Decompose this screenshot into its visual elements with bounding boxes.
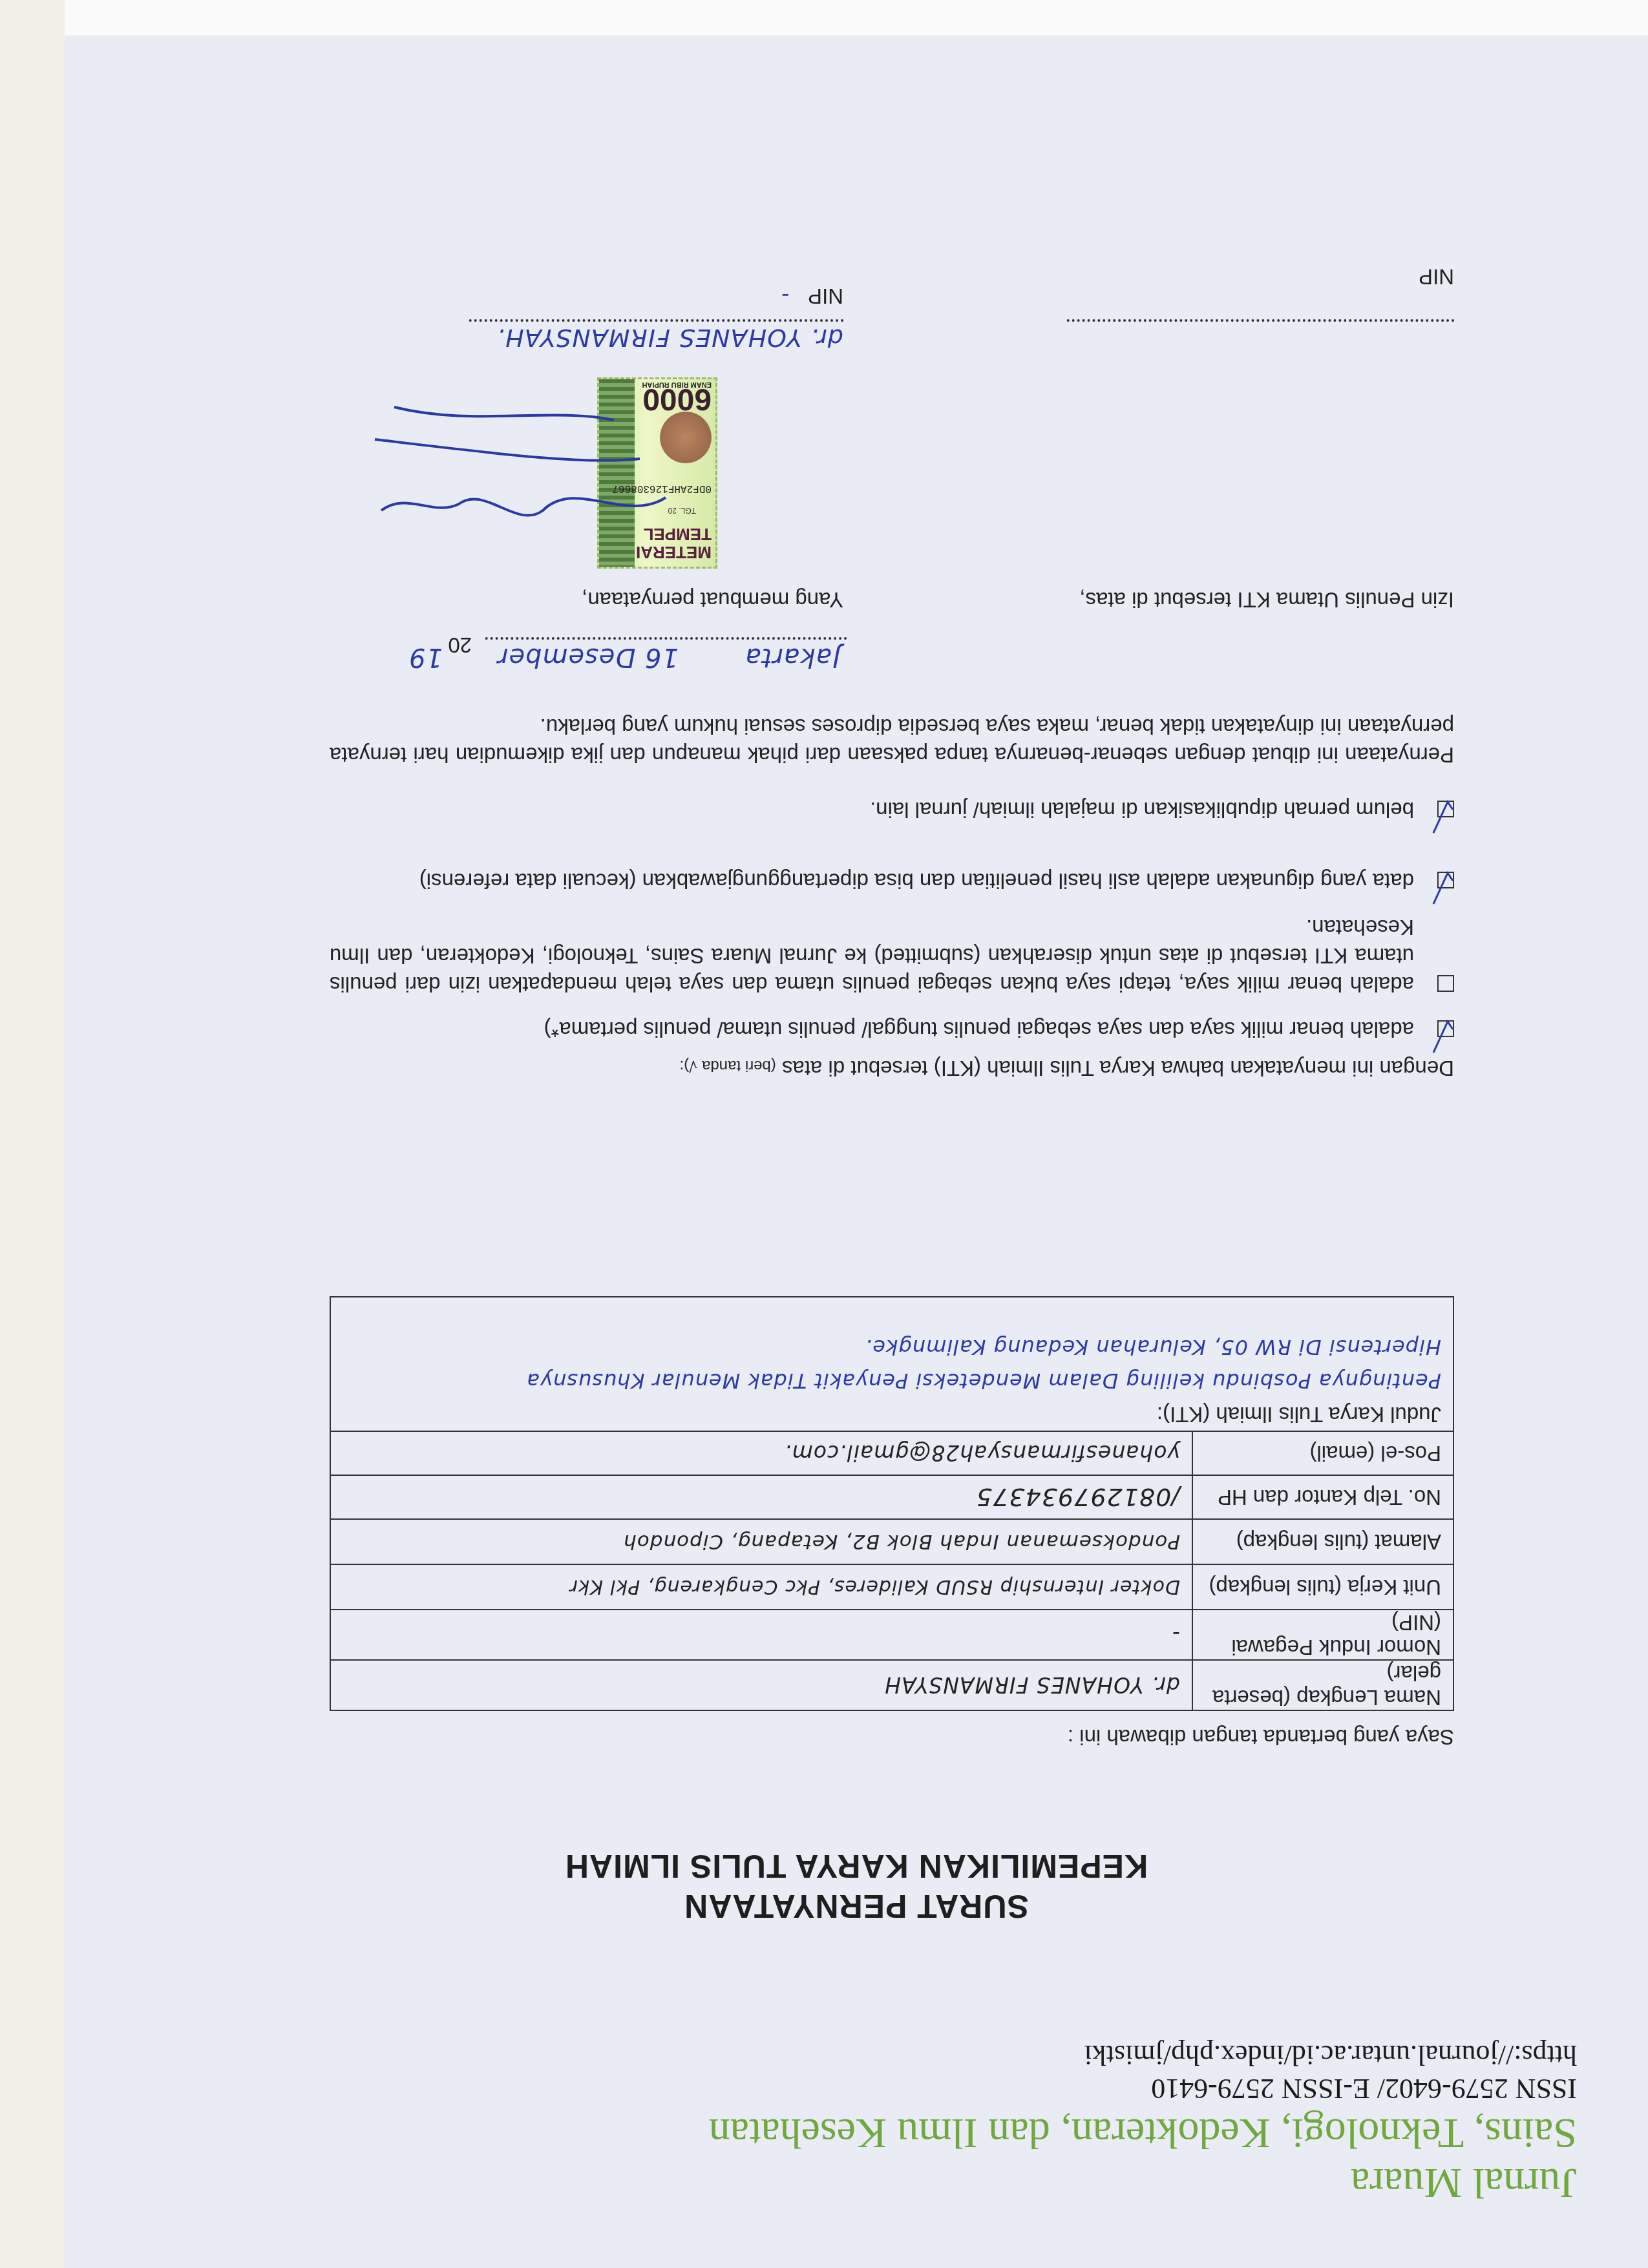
form-row-address: Alamat (tulis lengkap) Pondoksemanan Ind…: [330, 1519, 1453, 1564]
sign-place[interactable]: Jakarta: [745, 642, 840, 672]
main-author-nip-label: NIP: [1419, 262, 1454, 291]
form-label: Unit Kerja (tulis lengkap): [1192, 1564, 1453, 1610]
signer-dotted-line: [469, 319, 843, 322]
signer-nip-value[interactable]: -: [781, 283, 789, 309]
declaration-text-2: adalah benar milik saya, tetapi saya buk…: [330, 913, 1414, 998]
kti-title-value-line1: Pentingnya Posbindu keliling Dalam Mende…: [343, 1369, 1441, 1393]
statement-maker-label: Yang membuat pernyataan,: [582, 585, 843, 614]
form-row-email: Pos-el (email) yohanesfirmansyah28@gmail…: [330, 1431, 1453, 1475]
sign-date[interactable]: 16 Desember: [497, 642, 679, 672]
form-row-kti-title: Judul Karya Tulis Ilmiah (KTI): Pentingn…: [330, 1297, 1453, 1431]
stamp-label-line1: METERAI: [636, 543, 712, 562]
checkbox-item-3[interactable]: [1437, 872, 1454, 888]
signer-name: dr. YOHANES FIRMANSYAH.: [496, 324, 843, 352]
form-label: Nama Lengkap (beserta gelar): [1192, 1660, 1453, 1710]
checkmark-icon: [1430, 868, 1455, 907]
form-label: Nomor Induk Pegawai (NIP): [1192, 1610, 1453, 1660]
kti-title-label: Judul Karya Tulis Ilmiah (KTI):: [343, 1402, 1441, 1427]
form-row-name: Nama Lengkap (beserta gelar) dr. YOHANES…: [330, 1660, 1453, 1710]
declaration-item-3: data yang digunakan adalah asli hasil pe…: [330, 866, 1454, 895]
stamp-amount-text: ENAM RIBU RUPIAH: [642, 381, 712, 388]
form-value-name[interactable]: dr. YOHANES FIRMANSYAH: [330, 1660, 1192, 1710]
declaration-text-4: belum pernah dipublikasikan di majalah i…: [870, 795, 1414, 824]
intro-text: Saya yang bertanda tangan dibawah ini :: [1068, 1723, 1454, 1751]
journal-name-line1: Jurnal Muara: [1351, 2159, 1577, 2207]
form-value-phone[interactable]: /081297934375: [330, 1475, 1192, 1519]
main-author-permission-label: Izin Penulis Utama KTI tersebut di atas,: [1079, 585, 1454, 614]
scanned-page: Jurnal Muara Sains, Teknologi, Kedoktera…: [65, 36, 1648, 2268]
scanner-background-left: [0, 0, 65, 2268]
form-value-nip[interactable]: -: [330, 1610, 1192, 1660]
document-title-line2: KEPEMILIKAN KARYA TULIS ILMIAH: [65, 1847, 1648, 1885]
checkbox-item-4[interactable]: [1437, 801, 1454, 817]
journal-url[interactable]: https://journal.untar.ac.id/index.php/jm…: [1084, 2038, 1577, 2072]
form-value-unit[interactable]: Dokter Internship RSUD Kalideres, Pkc Ce…: [330, 1564, 1192, 1610]
checkbox-item-1[interactable]: [1437, 1020, 1454, 1037]
sign-year[interactable]: 19: [408, 642, 443, 672]
declaration-item-2: adalah benar milik saya, tetapi saya buk…: [330, 913, 1454, 998]
declaration-text-3: data yang digunakan adalah asli hasil pe…: [419, 866, 1414, 895]
form-value-email[interactable]: yohanesfirmansyah28@gmail.com.: [330, 1431, 1192, 1475]
form-row-nip: Nomor Induk Pegawai (NIP) -: [330, 1610, 1453, 1660]
issn-line: ISSN 2579-6402/ E-ISSN 2579-6410: [1151, 2072, 1577, 2105]
form-label: No. Telp Kantor dan HP: [1192, 1475, 1453, 1519]
checkbox-item-2[interactable]: [1437, 975, 1454, 992]
declaration-lead: Dengan ini menyatakan bahwa Karya Tulis …: [680, 1051, 1454, 1082]
signer-nip-label: NIP -: [781, 282, 843, 310]
date-line: Jakarta 16 Desember 20 19: [330, 627, 847, 666]
form-label: Alamat (tulis lengkap): [1192, 1519, 1453, 1564]
declaration-note: (beri tanda √):: [680, 1057, 776, 1075]
year-prefix: 20: [448, 631, 472, 659]
closing-statement: Pernyataan ini dibuat dengan sebenar-ben…: [330, 712, 1454, 769]
declaration-item-4: belum pernah dipublikasikan di majalah i…: [330, 795, 1454, 824]
kti-title-value-line2: Hipertensi Di RW 05, Kelurahan Kedaung K…: [343, 1335, 1441, 1360]
date-dotted-line: [485, 637, 847, 640]
form-label: Pos-el (email): [1192, 1431, 1453, 1475]
form-row-unit: Unit Kerja (tulis lengkap) Dokter Intern…: [330, 1564, 1453, 1610]
kti-title-cell[interactable]: Judul Karya Tulis Ilmiah (KTI): Pentingn…: [330, 1297, 1453, 1431]
declaration-item-1: adalah benar milik saya dan saya sebagai…: [330, 1015, 1454, 1044]
checkmark-icon: [1430, 1016, 1455, 1055]
main-author-dotted-line[interactable]: [1066, 319, 1454, 322]
identity-form-table: Nama Lengkap (beserta gelar) dr. YOHANES…: [330, 1296, 1454, 1711]
form-row-phone: No. Telp Kantor dan HP /081297934375: [330, 1475, 1453, 1519]
handwritten-signature: [368, 394, 679, 536]
checkmark-icon: [1430, 797, 1455, 835]
document-title-line1: SURAT PERNYATAAN: [65, 1887, 1648, 1926]
journal-name-line2: Sains, Teknologi, Kedokteran, dan Ilmu K…: [709, 2109, 1577, 2157]
form-value-address[interactable]: Pondoksemanan Indah Blok B2, Ketapang, C…: [330, 1519, 1192, 1564]
declaration-text-1: adalah benar milik saya dan saya sebagai…: [544, 1015, 1414, 1044]
